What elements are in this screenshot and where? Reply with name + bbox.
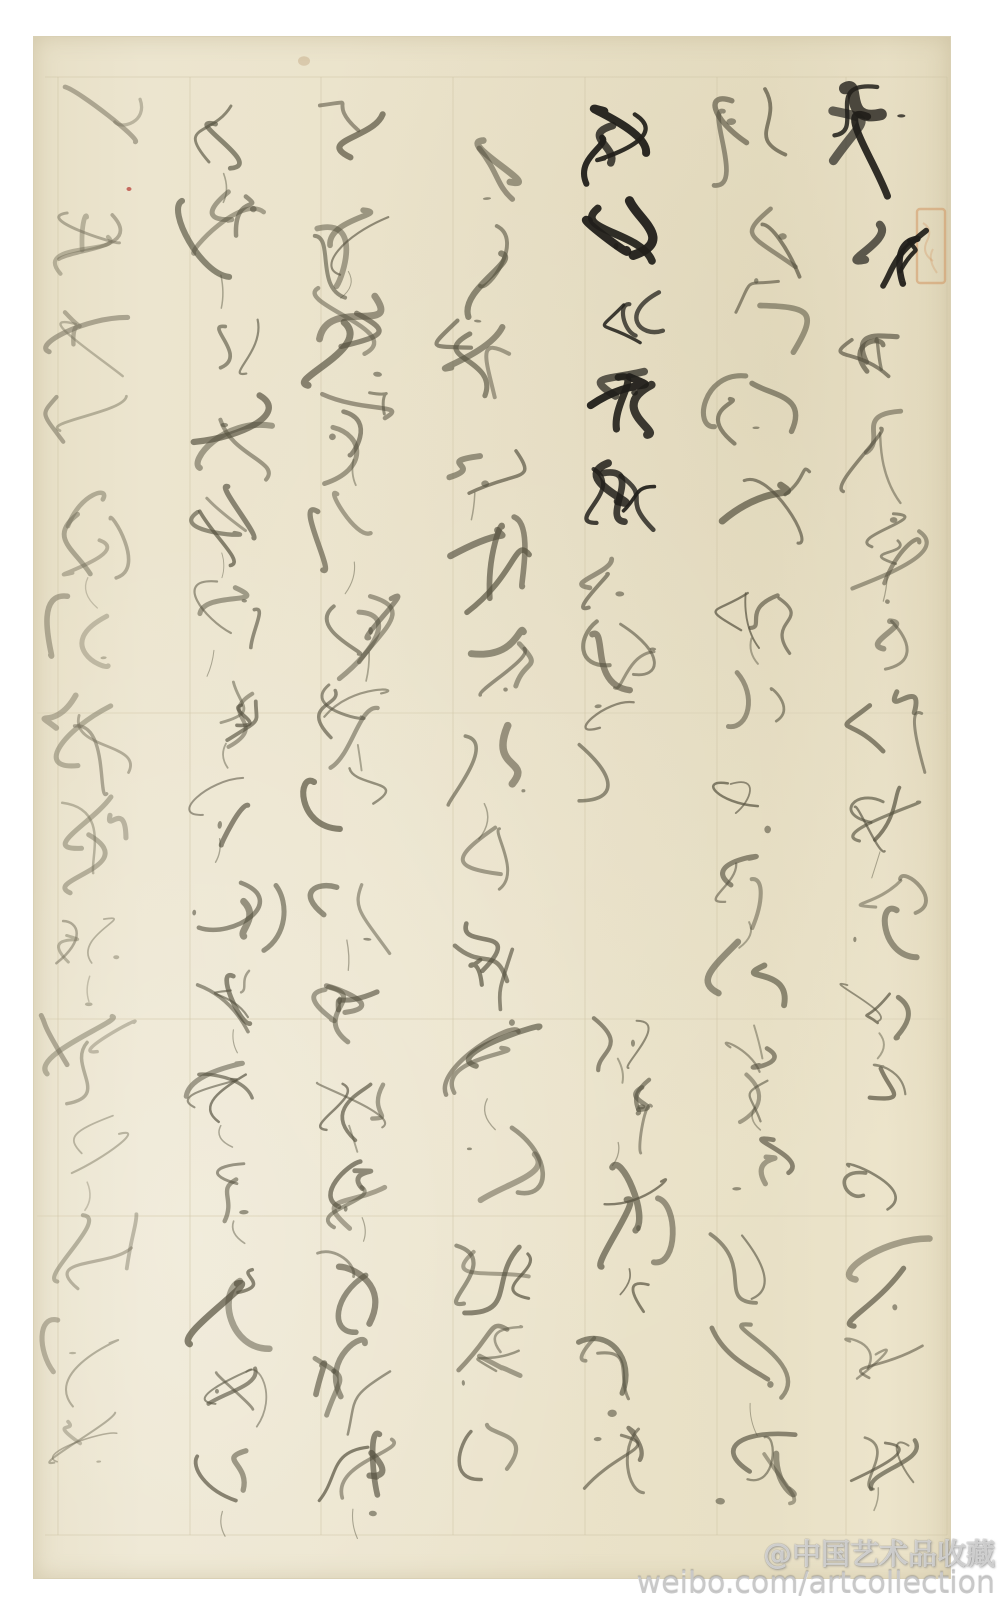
page-background: @中国艺术品收藏 weibo.com/artcollection [0,0,1000,1605]
calligraphy-sheet [33,36,951,1579]
calligraphy-strokes-canvas [34,37,950,1578]
